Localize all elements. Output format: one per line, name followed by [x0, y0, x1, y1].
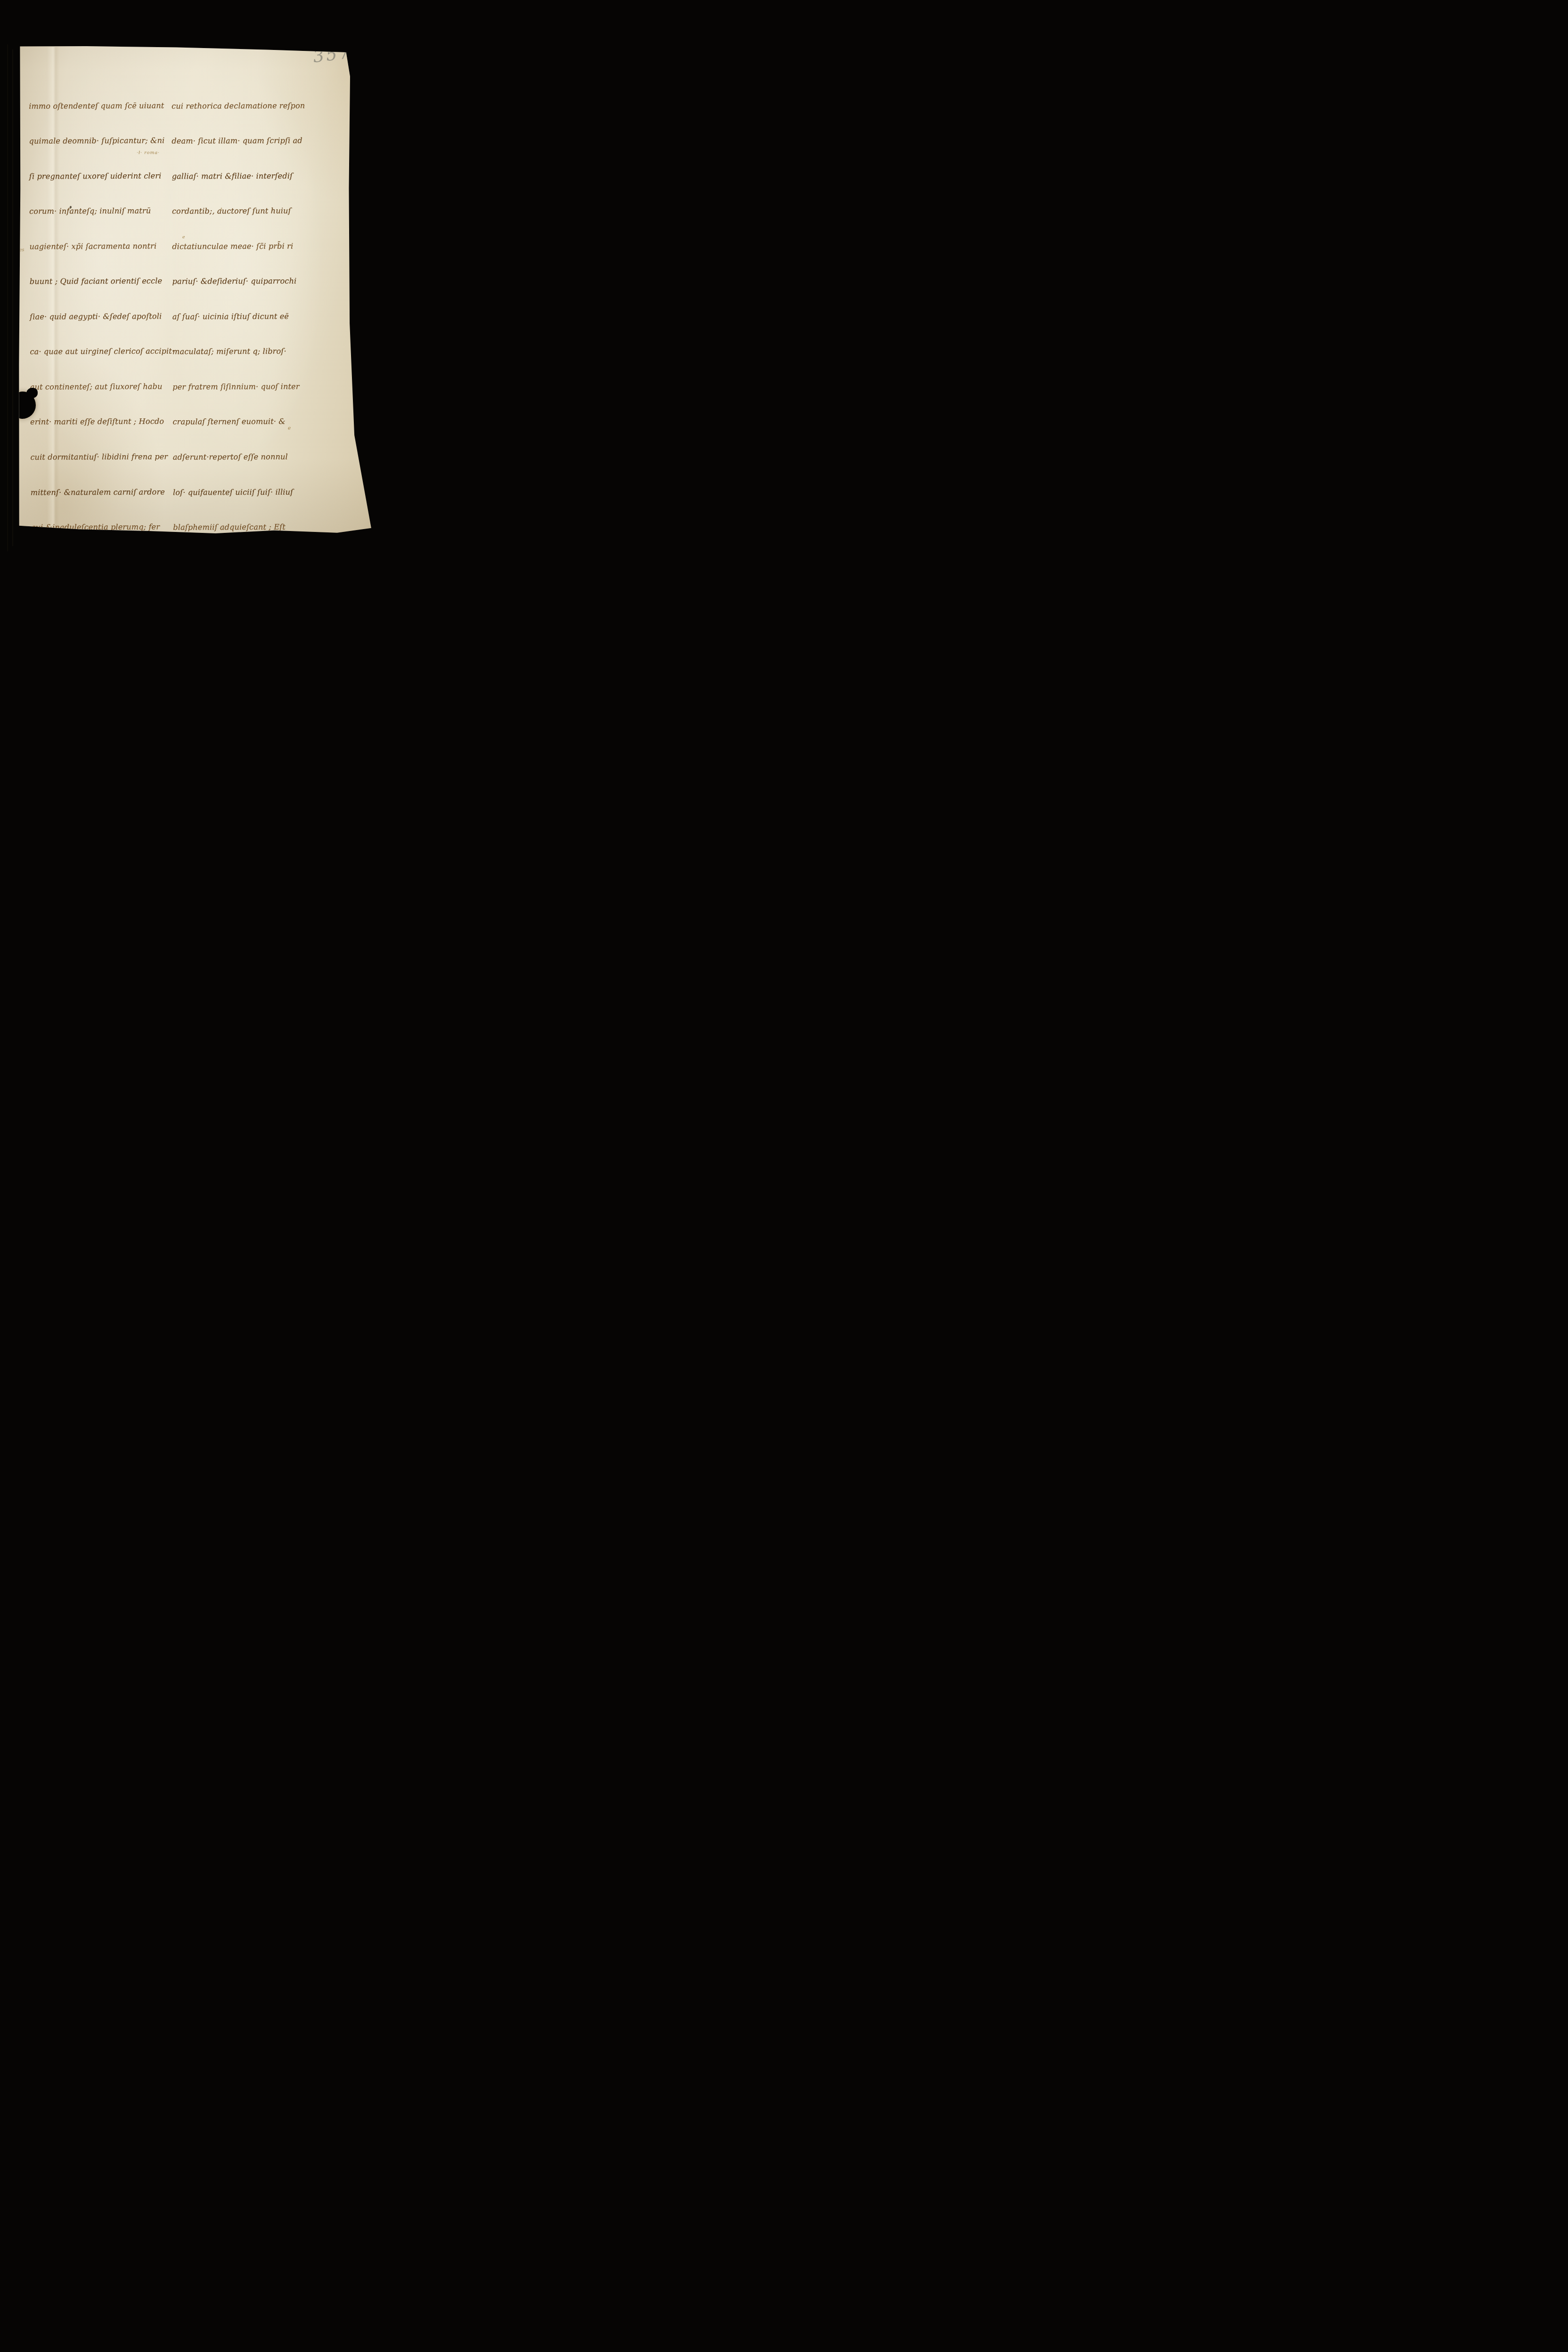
text-line: loſ· quifauenteſ uiciiſ ſuiſ· illiuſ	[173, 486, 320, 498]
text-line: adſerunt·repertoſ eſſe nonnul	[173, 451, 320, 463]
interlinear-gloss: t	[220, 207, 222, 212]
interlinear-gloss: e	[288, 426, 291, 431]
text-line: aut continenteſ; aut ſiuxoreſ habu	[30, 381, 177, 393]
interlinear-gloss: e	[182, 235, 185, 240]
text-line: cuit dormitantiuſ· libidini frena per	[30, 451, 177, 463]
text-line: deam· ſicut illam· quam ſcripſi ad	[171, 135, 318, 147]
text-line: crapulaſ ſternenſ euomuit· &	[172, 416, 319, 428]
text-line: cui rethorica declamatione reſpon	[171, 100, 318, 112]
text-line: blaſphemiiſ adquieſcant ; Eſt	[173, 522, 320, 534]
parchment-page: 357 immo oſtendenteſ quam ſcē uiuant qui…	[0, 0, 392, 588]
text-line: erint· mariti eſſe deſiſtunt ; Hocdo	[30, 416, 177, 428]
interlinear-gloss: ·ł· roma·	[137, 151, 160, 155]
book-gutter-edge	[3, 44, 21, 551]
text-line: per fratrem ſiſinnium· quoſ inter	[172, 381, 319, 393]
text-line: corum· infanteſq; inulniſ matrū	[29, 205, 176, 218]
text-line: pariuſ· &deſideriuſ· quiparrochi	[172, 276, 319, 288]
text-line: immo oſtendenteſ quam ſcē uiuant	[29, 100, 176, 112]
text-line: ueſcit· ſuiſ hortatib; duplicanſ· im	[31, 556, 178, 569]
text-line: ſiae· quid aegypti· &ſedeſ apoſtoli	[30, 310, 177, 323]
text-line: aſ ſuaſ· uicinia iſtiuſ dicunt eē	[172, 310, 319, 323]
text-line: buunt ; Quid faciant orientiſ eccle	[30, 276, 177, 288]
text-line: ca· quae aut uirgineſ clericoſ accipit·	[30, 346, 177, 358]
ink-speck	[70, 206, 72, 208]
text-line: galliaſ· matri &filiae· interſediſ	[172, 170, 319, 182]
folio-number: 357	[312, 40, 366, 66]
text-line: uagienteſ· xp̄i ſacramenta nontri	[29, 240, 176, 253]
text-line: mittenſ· &naturalem carniſ ardore	[31, 486, 178, 498]
text-line: dictatiunculae meae· ſc̄i prb̄i ri	[172, 240, 319, 253]
text-line: maculataſ; miſerunt q; libroſ·	[172, 346, 319, 358]
text-line: quimale deomnib· ſuſpicantur; &ni	[29, 135, 176, 147]
text-line: cordantib;, auctoreſ ſunt huiuſ	[172, 205, 319, 218]
manuscript-photo: 357 immo oſtendenteſ quam ſcē uiuant qui…	[0, 0, 392, 588]
text-line: ſi pregnanteſ uxoreſ uiderint cleri	[29, 170, 176, 182]
text-line: quidam imperituſ· &uerbiſ &ſci	[173, 556, 320, 569]
text-line: qui &inaduleſcentia plerumq; fer	[31, 521, 178, 533]
text-column-right: cui rethorica declamatione reſpon deam· …	[171, 76, 322, 588]
